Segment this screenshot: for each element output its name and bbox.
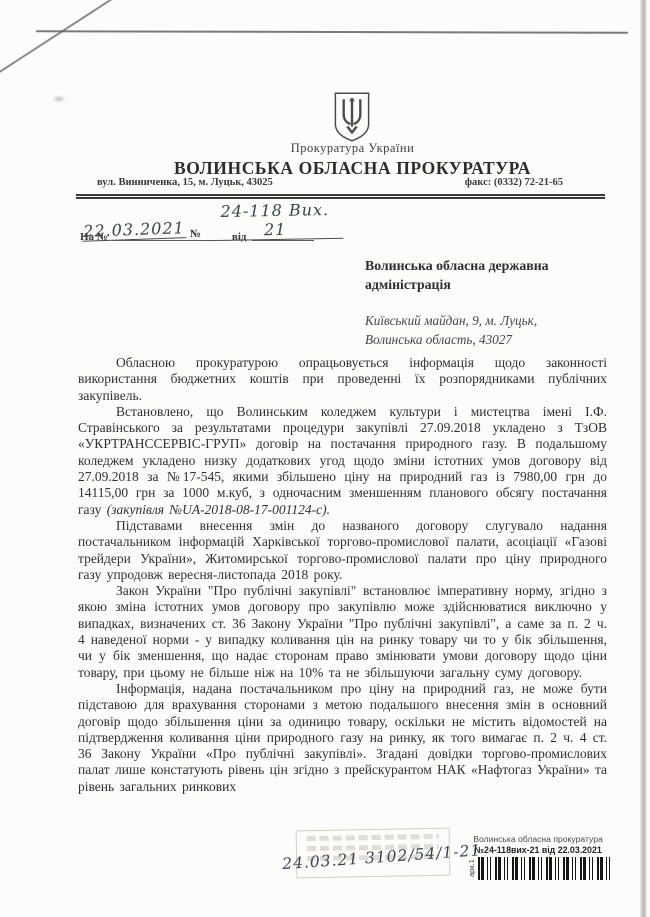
letterhead-contact-row: вул. Винниченка, 15, м. Луцьк, 43025 фак… [97,177,563,188]
scan-fold-line [36,30,628,34]
recipient-name-line1: Волинська обласна державна [365,256,607,275]
paragraph-5: Інформація, надана постачальником про ці… [78,681,607,795]
reply-date-blank [252,240,314,241]
registration-label: Волинська обласна прокуратура №24-118вих… [462,834,614,880]
agency-fax: факс: (0332) 72-21-65 [465,177,563,188]
paragraph-4: Закон України "Про публічні закупівлі" в… [78,583,607,681]
registration-org: Волинська обласна прокуратура [462,834,614,844]
reply-reference-row: На № від [80,231,314,243]
stamp-illegible-line [307,834,439,841]
letter-body: Обласною прокуратурою опрацьовується інф… [78,355,607,795]
sheet-count-label: арк.1 [467,857,476,880]
recipient-address-line2: Волинська область, 43027 [365,330,607,349]
registration-barcode [478,857,610,880]
agency-parent-name: Прокуратура України [80,141,625,156]
scan-page-edge-shadow [640,0,647,917]
paragraph-2: Встановлено, що Волинським коледжем куль… [78,404,607,518]
recipient-block: Волинська обласна державна адміністрація… [365,256,607,349]
paragraph-3: Підставами внесення змін до названого до… [78,518,607,583]
recipient-name-line2: адміністрація [365,275,607,294]
scan-speck [52,95,66,103]
reply-date-label: від [232,231,247,243]
paragraph-2-procurement-id: (закупівля №UA-2018-08-17-001124-с). [107,502,330,517]
reply-number-prefix: На № [80,231,108,243]
paragraph-2-main: Встановлено, що Волинським коледжем куль… [78,404,607,517]
scan-corner-crease [0,0,114,74]
scanned-letter-page: Прокуратура України ВОЛИНСЬКА ОБЛАСНА ПР… [0,0,650,917]
reply-number-blank [112,240,224,241]
agency-title: ВОЛИНСЬКА ОБЛАСНА ПРОКУРАТУРА [80,158,625,179]
recipient-address-line1: Київський майдан, 9, м. Луцьк, [365,311,607,330]
paragraph-1: Обласною прокуратурою опрацьовується інф… [78,355,607,404]
agency-address: вул. Винниченка, 15, м. Луцьк, 43025 [97,177,273,188]
registration-number: №24-118вих-21 від 22.03.2021 [462,845,614,855]
letterhead: Прокуратура України ВОЛИНСЬКА ОБЛАСНА ПР… [80,141,625,179]
tryzub-shield-icon [333,92,371,147]
letterhead-divider [76,194,605,199]
